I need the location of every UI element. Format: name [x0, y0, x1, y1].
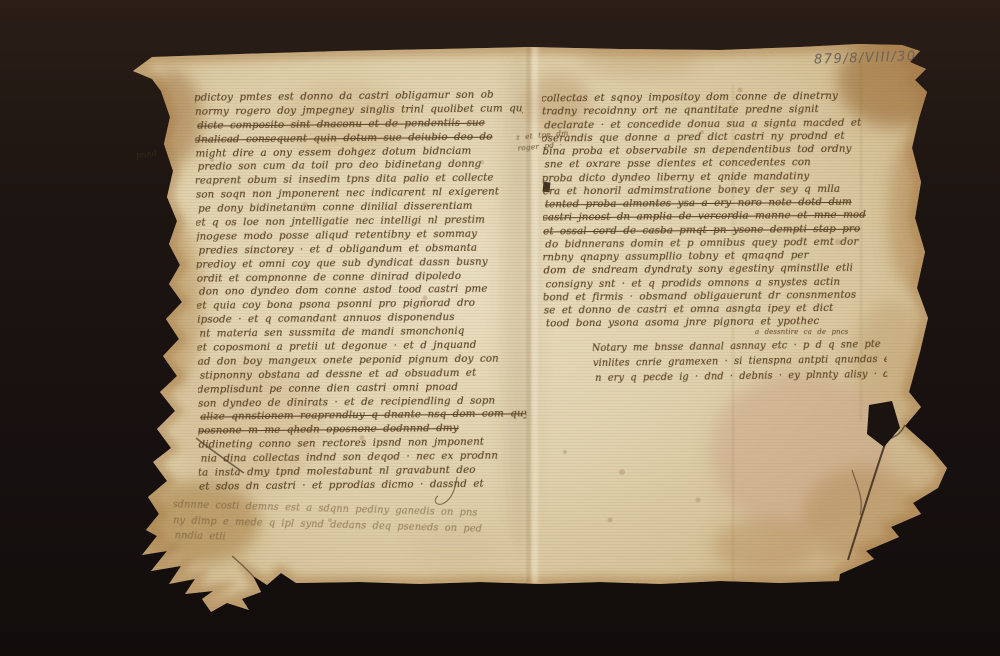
addendum-superscript-note: a dessntire ca de pncs: [755, 328, 848, 336]
manuscript-photo: 879/8/VIII/30 pnnd z et tpe dmroger pd ·…: [0, 0, 1000, 656]
right-page-addendum-block: Notary me bnsse dannal asnnay etc · p d …: [593, 338, 888, 390]
right-page-text-block: collectas et sqnoy impositoy dom conne d…: [542, 90, 880, 338]
left-page-footer-note: sdnnne costi demns est a sdqnn pediny ga…: [172, 497, 521, 559]
left-page-text-block: pdictoy pmtes est donno da castri obliga…: [195, 88, 527, 501]
manuscript-line: n ery q pecde ig · dnd · debnis · ey pln…: [595, 368, 887, 387]
center-fold-crease: [527, 46, 538, 584]
